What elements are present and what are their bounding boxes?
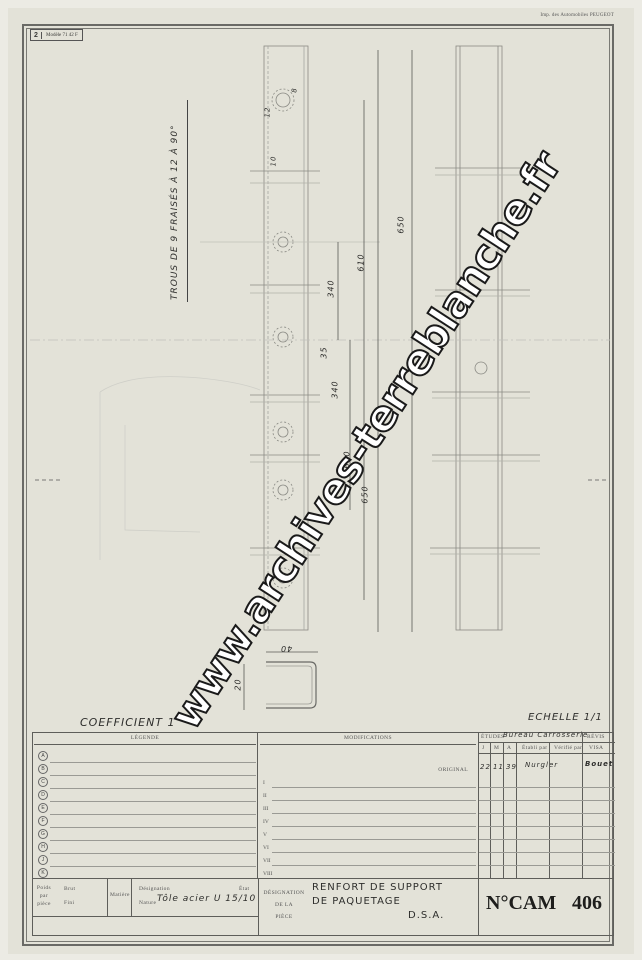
matiere-nature-label: Nature [139,900,156,906]
mod-row-7: VII [263,858,271,864]
legend-row-h: H [38,841,48,853]
legend-row-j: J [38,854,48,866]
poids-fini: Fini [64,900,74,906]
mod-row-4: IV [263,819,269,825]
col-visa: VISA [589,745,603,751]
designation-value-3: D.S.A. [408,910,444,921]
matiere-nature-value: Tôle acier U 15/10 [157,894,256,904]
cam-prefix: N°CAM [486,892,556,915]
dim-40: 40 [280,644,292,653]
dim-12: 12 [263,107,271,118]
mod-row-8: VIII [263,871,272,877]
mod-row-1: I [263,780,265,786]
poids-brut: Brut [64,886,75,892]
mod-row-3: III [263,806,269,812]
matiere-designation-label: Désignation [139,886,170,892]
poids-section: Poids par pièce Brut Fini [32,878,107,916]
col-verifie: Vérifié par [554,745,582,751]
original-label: ORIGINAL [438,767,468,773]
legend-row-e: E [38,802,48,814]
dim-10: 10 [269,156,277,167]
designation-label-2: DE LA [262,902,306,908]
col-etabli: Établi par [522,745,548,751]
legend-row-g: G [38,828,48,840]
revision-header: RÉVIS [587,734,605,740]
legend-header: LÉGENDE [32,735,258,741]
cam-number: 406 [572,892,602,915]
etabli-signature: Nurgler [525,761,558,769]
dim-610-top: 610 [357,253,366,271]
etudes-dept: Bureau Carrosserie [503,731,588,739]
coefficient-label: COEFFICIENT 1 [80,716,176,729]
dim-340-bottom: 340 [331,380,340,398]
designation-section: DÉSIGNATION DE LA PIÈCE RENFORT DE SUPPO… [258,878,478,936]
col-j: J [482,745,485,751]
designation-value-1: RENFORT DE SUPPORT [312,882,443,893]
dim-340-top: 340 [327,279,336,297]
dim-650-top: 650 [397,215,406,233]
etudes-header: ÉTUDES [481,734,504,740]
dim-8: 8 [291,87,299,92]
title-block: LÉGENDE A B C D E F G H J K MODIFICATION… [32,732,614,936]
matiere-section: Matière Désignation État Nature Tôle aci… [107,878,258,916]
designation-label-3: PIÈCE [262,914,306,920]
modifications-section: MODIFICATIONS ORIGINAL I II III IV V VI … [258,732,478,878]
mod-row-2: II [263,793,267,799]
visa-signature: Bouet [585,760,613,768]
designation-label-1: DÉSIGNATION [262,890,306,896]
poids-label: Poids par pièce [36,884,52,908]
drawing-number: N°CAM 406 [478,878,614,936]
legend-row-c: C [38,776,48,788]
matiere-etat-label: État [239,886,249,892]
etudes-section: ÉTUDES Bureau Carrosserie RÉVIS J M A Ét… [478,732,615,878]
scale-label: ECHELLE 1/1 [528,712,603,723]
col-a: A [507,745,511,751]
designation-value-2: DE PAQUETAGE [312,896,401,907]
legend-section: LÉGENDE A B C D E F G H J K [32,732,258,878]
legend-row-b: B [38,763,48,775]
col-m: M [494,745,499,751]
legend-row-a: A [38,750,48,762]
mod-row-5: V [263,832,267,838]
legend-row-d: D [38,789,48,801]
matiere-label: Matière [110,892,130,898]
dim-35: 35 [320,346,329,358]
mod-row-6: VI [263,845,269,851]
modifications-header: MODIFICATIONS [258,735,478,741]
legend-row-f: F [38,815,48,827]
